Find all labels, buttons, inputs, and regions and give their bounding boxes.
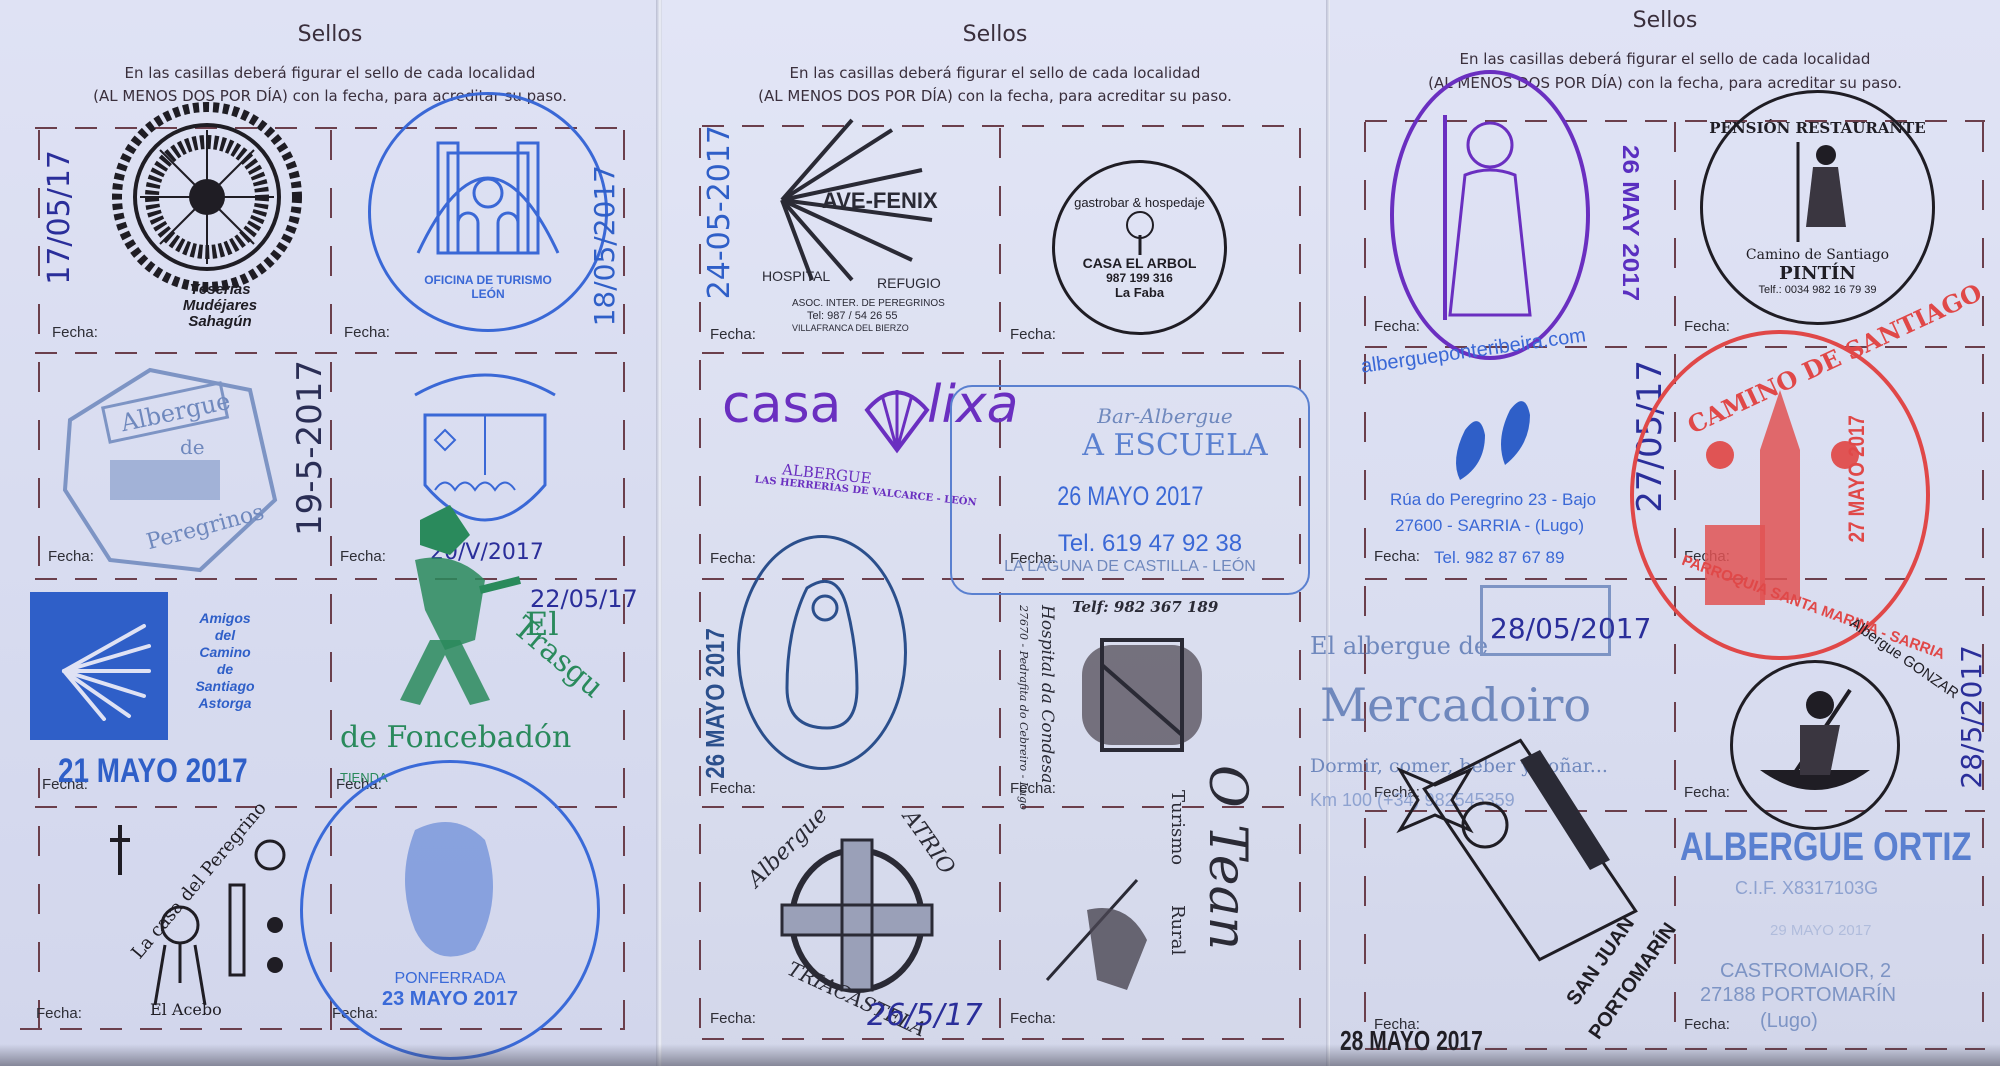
date-stamp: 21 MAYO 2017 — [58, 752, 248, 791]
fecha-label: Fecha: — [1010, 1010, 1056, 1027]
hay-cart-icon — [1072, 625, 1212, 765]
date-stamp: 23 MAYO 2017 — [382, 988, 518, 1011]
stamp-line: PENSIÓN RESTAURANTE — [1709, 119, 1925, 137]
stamp-line: gastrobar & hospedaje — [1074, 195, 1205, 210]
stamp-san-nicolas-de-flue: PONFERRADA 23 MAYO 2017 — [300, 760, 600, 1060]
stamp-line: Tel: 987 / 54 26 55 — [807, 310, 898, 322]
pilgrim-with-staff-icon — [1027, 870, 1167, 990]
stamp-line: casa — [722, 375, 841, 435]
goblin-figure-icon — [360, 500, 530, 730]
stamp-line: Turismo — [1167, 790, 1188, 865]
stamp-line: Rúa do Peregrino 23 - Bajo — [1390, 490, 1596, 510]
rose-window-icon — [100, 90, 315, 305]
stamp-sahagun-text: Yeserías Mudéjares Sahagún — [150, 282, 290, 330]
stamp-line: Astorga — [199, 695, 252, 712]
stamp-san-juan-portomarin: SAN JUAN PORTOMARÍN — [1390, 700, 1650, 1040]
stamp-line: (Lugo) — [1760, 1010, 1818, 1033]
fecha-label: Fecha: — [36, 1005, 82, 1022]
stamp-o-cebreiro — [737, 535, 907, 770]
handwritten-date: 22/05/17 — [530, 585, 638, 613]
credential-page-1: Sellos En las casillas deberá figurar el… — [0, 0, 660, 1066]
stamp-line: Tel. 619 47 92 38 — [1058, 530, 1242, 558]
fecha-label: Fecha: — [1684, 318, 1730, 335]
fecha-label: Fecha: — [1374, 318, 1420, 335]
stamp-el-trasgu — [360, 500, 530, 730]
photo-edge-shadow — [0, 1044, 2000, 1066]
stamp-line: PINTÍN — [1779, 263, 1856, 284]
handwritten-date: 18/05/2017 — [588, 165, 621, 326]
scallop-rays-icon — [742, 110, 972, 330]
stamp-line: Bar-Albergue — [1097, 404, 1233, 428]
scallop-shell-icon — [862, 385, 932, 455]
stamp-line: AVE-FENIX — [822, 188, 938, 214]
footprints-icon — [1440, 385, 1550, 485]
stamp-line: A ESCUELA — [1082, 428, 1267, 463]
stamp-line: de — [217, 661, 233, 678]
stamp-line: HOSPITAL — [762, 268, 830, 284]
handwritten-date: 28/5/2017 — [1955, 645, 1988, 789]
stamp-line: Yeserías — [189, 282, 250, 298]
stamp-line: 27600 - SARRIA - (Lugo) — [1395, 516, 1584, 536]
instruction-line-1: En las casillas deberá figurar el sello … — [662, 62, 1328, 84]
fecha-label: Fecha: — [710, 550, 756, 567]
stamp-line: Mudéjares — [183, 298, 257, 314]
stamp-line: O Tean — [1197, 765, 1257, 950]
pilgrim-drawing-icon — [80, 815, 290, 1025]
stamp-line: LA LAGUNA DE CASTILLA - LEÓN — [1004, 558, 1256, 576]
stamp-albergue-atrio: Albergue ATRIO TRIACASTELA — [742, 815, 972, 1015]
stamp-line: El albergue de — [1310, 632, 1488, 660]
stamp-villadangos: Albergue de Peregrinos — [50, 350, 290, 580]
instruction-line-2: (AL MENOS DOS POR DÍA) con la fecha, par… — [0, 85, 660, 107]
stamp-a-escuela: Bar-Albergue A ESCUELA 26 MAYO 2017 Tel.… — [950, 385, 1310, 595]
stamp-line: de Foncebadón — [340, 720, 571, 755]
stamp-parroquia-triacastela — [1390, 70, 1590, 360]
fecha-label: Fecha: — [52, 324, 98, 341]
pilgrim-figure-icon — [1778, 137, 1858, 247]
page-title: Sellos — [1330, 8, 2000, 33]
instruction-line-2: (AL MENOS DOS POR DÍA) con la fecha, par… — [662, 85, 1328, 107]
stamp-line: PONFERRADA — [394, 970, 505, 988]
stamp-line: Camino de Santiago — [1746, 247, 1889, 263]
fecha-label: Fecha: — [1374, 548, 1420, 565]
stamp-casa-el-arbol: gastrobar & hospedaje CASA EL ARBOL 987 … — [1052, 160, 1227, 335]
saint-james-icon — [1430, 105, 1550, 325]
church-facade-icon — [1390, 720, 1650, 1020]
handwritten-date: 28/05/2017 — [1490, 612, 1651, 645]
stamp-santa-marina-sarria: CAMINO DE SANTIAGO 27 MAYO 2017 PARROQUI… — [1630, 330, 1930, 660]
stamp-line: El Acebo — [150, 1000, 222, 1019]
date-stamp: 26 MAY 2017 — [1617, 145, 1645, 301]
pilgrim-boat-icon — [1750, 680, 1880, 810]
fecha-label: Fecha: — [710, 780, 756, 797]
instruction-line-1: En las casillas deberá figurar el sello … — [0, 62, 660, 84]
fecha-label: Fecha: — [1684, 1016, 1730, 1033]
handwritten-date: 19-5-2017 — [290, 360, 330, 536]
handwritten-date: 17/05/17 — [42, 150, 77, 285]
scallop-shell-icon — [44, 611, 154, 721]
stamp-line: 27188 PORTOMARÍN — [1700, 984, 1896, 1007]
cathedral-icon — [408, 123, 568, 273]
virgin-mary-icon — [767, 568, 877, 738]
stamp-line: CASA EL ARBOL — [1083, 255, 1197, 271]
stamp-line: CASTROMAIOR, 2 — [1720, 960, 1891, 983]
instruction-line-1: En las casillas deberá figurar el sello … — [1330, 48, 2000, 70]
page-title: Sellos — [662, 22, 1328, 47]
fecha-label: Fecha: — [1010, 326, 1056, 343]
stamp-line: OFICINA DE TURISMO — [424, 273, 552, 287]
stamp-sahagun — [100, 90, 315, 305]
stamp-casa-del-peregrino: La casa del Peregrino El Acebo — [80, 815, 290, 1025]
stamp-line: 987 199 316 — [1106, 271, 1173, 285]
stamp-line: Tel. 982 87 67 89 — [1434, 548, 1564, 568]
stamp-line: Rural — [1167, 905, 1188, 955]
stamp-line: Amigos — [199, 610, 250, 627]
stamp-albergue-gonzar — [1730, 660, 1900, 830]
stamp-line: REFUGIO — [877, 275, 941, 291]
date-stamp: 26 MAYO 2017 — [1057, 481, 1203, 512]
tree-icon — [1115, 210, 1165, 255]
stamp-line: ALBERGUE ORTIZ — [1680, 825, 1972, 870]
stamp-line: 27670 - Pedrafita do Cebreiro - Lugo — [1017, 605, 1030, 810]
stamp-line: Santiago — [195, 678, 254, 695]
stamp-line: Telf: 982 367 189 — [1072, 598, 1218, 616]
stamp-line: de — [180, 435, 205, 459]
instruction-line-2: (AL MENOS DOS POR DÍA) con la fecha, par… — [1330, 72, 2000, 94]
stamp-line: C.I.F. X8317103G — [1735, 878, 1878, 899]
stamp-leon-tourism: OFICINA DE TURISMO LEÓN — [368, 92, 608, 332]
stamp-line: del — [215, 627, 235, 644]
date-stamp: 26 MAYO 2017 — [700, 628, 731, 778]
stamp-amigos-astorga — [30, 592, 168, 740]
stamp-line: Sahagún — [188, 314, 251, 330]
date-stamp: 29 MAYO 2017 — [1770, 922, 1871, 939]
stamp-line: VILLAFRANCA DEL BIERZO — [792, 323, 909, 333]
stamp-pension-pintin: PENSIÓN RESTAURANTE Camino de Santiago P… — [1700, 90, 1935, 325]
fecha-label: Fecha: — [344, 324, 390, 341]
date-stamp: 27 MAYO 2017 — [1844, 415, 1870, 542]
stamp-ave-fenix: AVE-FENIX HOSPITAL REFUGIO ASOC. INTER. … — [742, 110, 972, 330]
stamp-line: Telf.: 0034 982 16 79 39 — [1758, 284, 1876, 296]
stamp-line: ASOC. INTER. DE PEREGRINOS — [792, 298, 945, 309]
handwritten-date: 24-05-2017 — [702, 125, 737, 299]
stamp-line: Hospital da Condesa — [1037, 605, 1057, 783]
stamp-amigos-text: Amigos del Camino de Santiago Astorga — [175, 610, 275, 712]
stamp-line: La Faba — [1115, 285, 1164, 300]
credential-page-3: Sellos En las casillas deberá figurar el… — [1330, 0, 2000, 1066]
fecha-label: Fecha: — [1684, 784, 1730, 801]
stamp-line: Camino — [199, 644, 250, 661]
handwritten-date: 26/5/17 — [867, 998, 983, 1033]
stamp-line: LEÓN — [471, 287, 504, 301]
page-title: Sellos — [0, 22, 660, 47]
saint-portrait-icon — [375, 810, 525, 980]
credential-page-2: Sellos En las casillas deberá figurar el… — [662, 0, 1328, 1066]
